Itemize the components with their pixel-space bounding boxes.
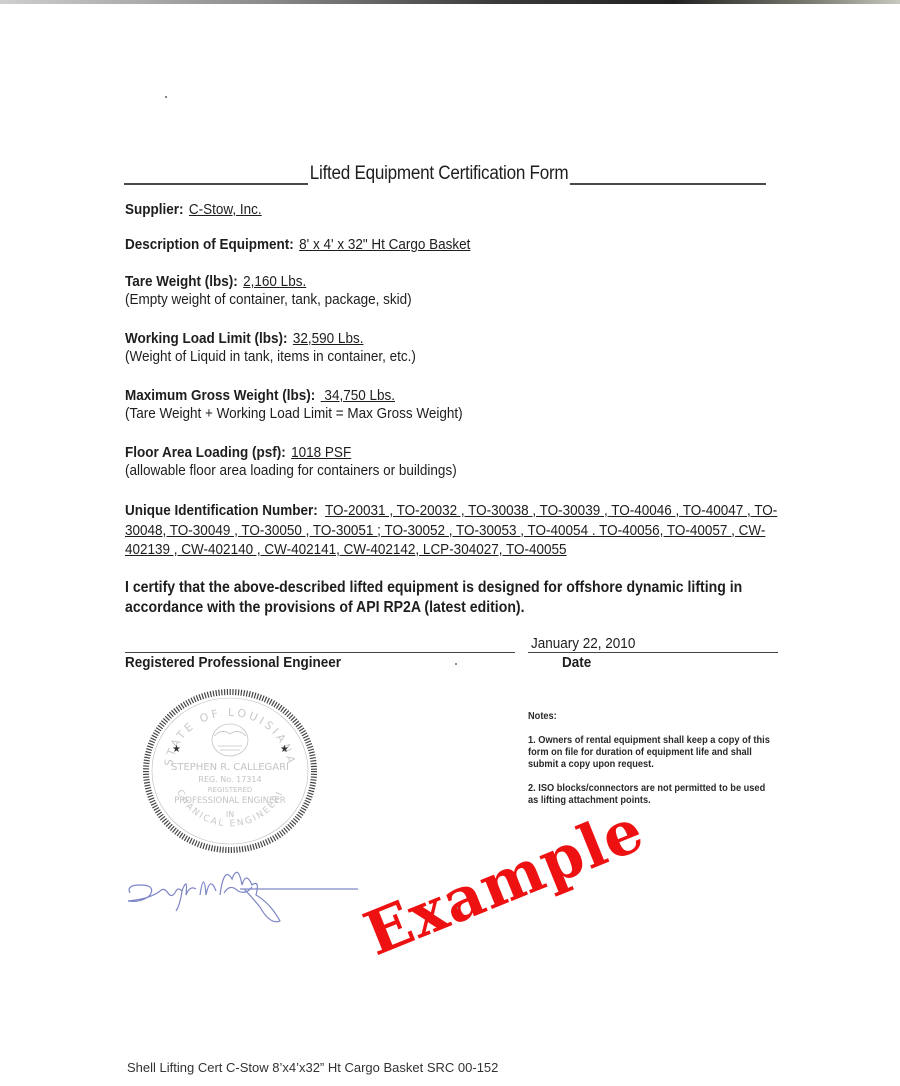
seal-top-text: STATE OF LOUISIANA xyxy=(162,706,298,767)
example-watermark: Example xyxy=(355,795,654,970)
scan-top-edge xyxy=(0,0,900,4)
seal-reg-no: REG. No. 17314 xyxy=(198,775,261,784)
notes-section: Notes: 1. Owners of rental equipment sha… xyxy=(528,710,774,818)
tare-weight-note: (Empty weight of container, tank, packag… xyxy=(125,291,412,308)
description-label: Description of Equipment: xyxy=(125,236,294,253)
page-title: Lifted Equipment Certification Form xyxy=(308,163,570,185)
description-field: Description of Equipment:8' x 4' x 32" H… xyxy=(125,236,470,253)
unique-id-field: Unique Identification Number: TO-20031 ,… xyxy=(125,501,782,560)
supplier-label: Supplier: xyxy=(125,201,184,218)
footer-caption: Shell Lifting Cert C-Stow 8’x4’x32” Ht C… xyxy=(127,1060,498,1075)
unique-id-label: Unique Identification Number: xyxy=(125,502,318,519)
supplier-field: Supplier:C-Stow, Inc. xyxy=(125,201,262,218)
seal-name: STEPHEN R. CALLEGARI xyxy=(171,762,289,773)
working-load-limit-value: 32,590 Lbs. xyxy=(293,330,364,347)
scan-speck xyxy=(455,663,457,665)
date-label: Date xyxy=(562,654,591,671)
svg-text:★: ★ xyxy=(172,744,181,755)
date-value: January 22, 2010 xyxy=(531,635,635,652)
working-load-limit-label: Working Load Limit (lbs): xyxy=(125,330,287,347)
engineer-seal-icon: STATE OF LOUISIANA MECHANICAL ENGINEERIN… xyxy=(142,688,318,854)
floor-area-loading-value: 1018 PSF xyxy=(291,444,351,461)
date-line xyxy=(528,652,778,653)
signature-icon xyxy=(120,855,360,930)
max-gross-weight-field: Maximum Gross Weight (lbs): 34,750 Lbs. xyxy=(125,387,395,404)
max-gross-weight-note: (Tare Weight + Working Load Limit = Max … xyxy=(125,405,463,422)
svg-text:★: ★ xyxy=(280,744,289,755)
seal-registered: REGISTERED xyxy=(208,786,253,794)
max-gross-weight-label: Maximum Gross Weight (lbs): xyxy=(125,387,315,404)
seal-professional-engineer: PROFESSIONAL ENGINEER xyxy=(174,796,286,806)
floor-area-loading-note: (allowable floor area loading for contai… xyxy=(125,462,457,479)
tare-weight-label: Tare Weight (lbs): xyxy=(125,273,238,290)
note-item: 2. ISO blocks/connectors are not permitt… xyxy=(528,782,774,806)
description-value: 8' x 4' x 32" Ht Cargo Basket xyxy=(299,236,470,253)
floor-area-loading-field: Floor Area Loading (psf):1018 PSF xyxy=(125,444,351,461)
max-gross-weight-value: 34,750 Lbs. xyxy=(321,387,395,404)
notes-heading: Notes: xyxy=(528,710,774,722)
signature-label: Registered Professional Engineer xyxy=(125,654,341,671)
working-load-limit-note: (Weight of Liquid in tank, items in cont… xyxy=(125,348,416,365)
scan-speck xyxy=(165,96,167,98)
floor-area-loading-label: Floor Area Loading (psf): xyxy=(125,444,286,461)
supplier-value: C-Stow, Inc. xyxy=(189,201,262,218)
scan-speck xyxy=(457,907,458,909)
seal-in: IN xyxy=(226,810,234,819)
working-load-limit-field: Working Load Limit (lbs):32,590 Lbs. xyxy=(125,330,363,347)
certification-statement: I certify that the above-described lifte… xyxy=(125,578,794,618)
tare-weight-field: Tare Weight (lbs):2,160 Lbs. xyxy=(125,273,306,290)
signature-line xyxy=(125,652,515,653)
svg-text:STATE OF LOUISIANA: STATE OF LOUISIANA xyxy=(162,706,298,767)
tare-weight-value: 2,160 Lbs. xyxy=(243,273,306,290)
note-item: 1. Owners of rental equipment shall keep… xyxy=(528,734,774,770)
